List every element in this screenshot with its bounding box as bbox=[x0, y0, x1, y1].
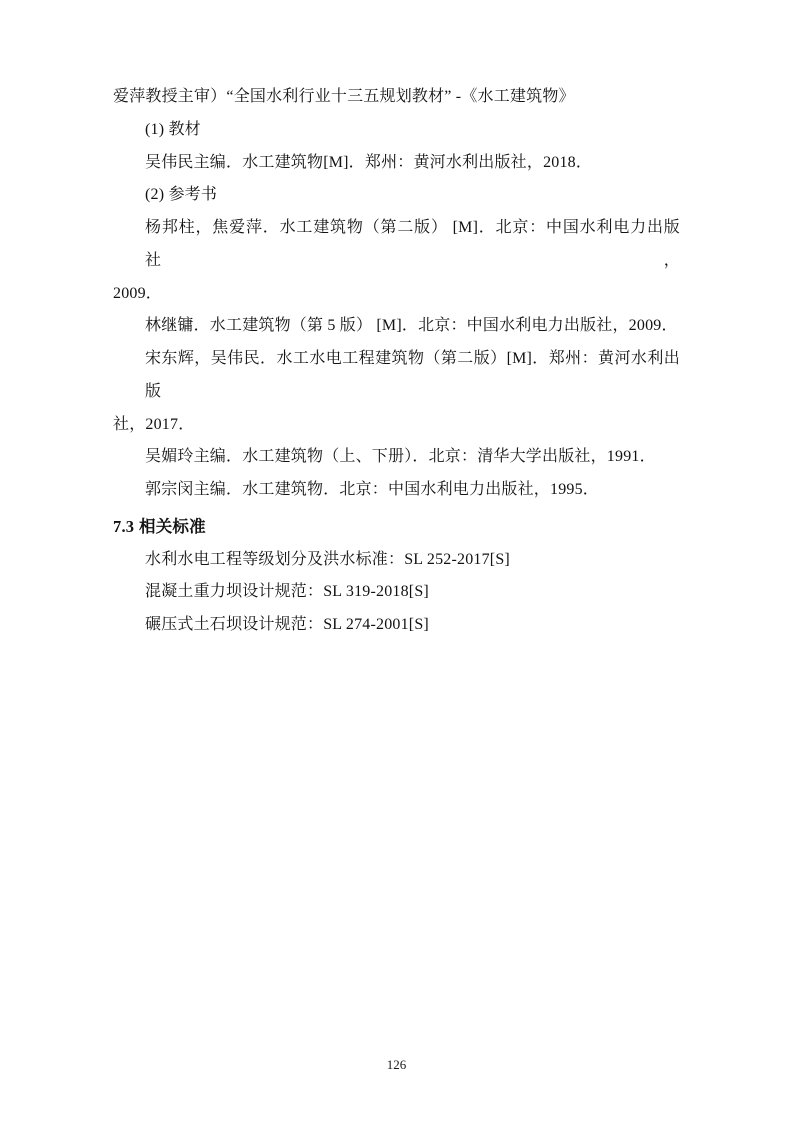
list-label-refbooks: (2) 参考书 bbox=[113, 179, 680, 212]
standard-entry: 水利水电工程等级划分及洪水标准：SL 252-2017[S] bbox=[113, 544, 680, 577]
reference-entry: 林继镛．水工建筑物（第 5 版） [M]．北京：中国水利电力出版社，2009． bbox=[113, 310, 680, 343]
reference-entry: 宋东辉，吴伟民．水工水电工程建筑物（第二版）[M]．郑州：黄河水利出版 bbox=[113, 343, 680, 409]
reference-entry: 杨邦柱，焦爱萍．水工建筑物（第二版） [M]．北京：中国水利电力出版社， bbox=[113, 212, 680, 278]
page-number: 126 bbox=[0, 1055, 793, 1075]
list-label-textbook: (1) 教材 bbox=[113, 114, 680, 147]
section-heading-title: 相关标准 bbox=[134, 518, 206, 536]
reference-entry: 吴媚玲主编．水工建筑物（上、下册）．北京：清华大学出版社，1991． bbox=[113, 441, 680, 474]
reference-entry: 吴伟民主编．水工建筑物[M]．郑州：黄河水利出版社，2018． bbox=[113, 147, 680, 180]
section-heading-number: 7.3 bbox=[113, 517, 134, 536]
standard-entry: 碾压式土石坝设计规范：SL 274-2001[S] bbox=[113, 609, 680, 642]
reference-entry-continuation: 2009． bbox=[113, 278, 680, 311]
document-page: 爱萍教授主审）“全国水利行业十三五规划教材” -《水工建筑物》 (1) 教材 吴… bbox=[0, 0, 793, 1122]
text-line-continuation: 爱萍教授主审）“全国水利行业十三五规划教材” -《水工建筑物》 bbox=[113, 81, 680, 114]
page-content: 爱萍教授主审）“全国水利行业十三五规划教材” -《水工建筑物》 (1) 教材 吴… bbox=[113, 81, 680, 642]
reference-entry-continuation: 社，2017． bbox=[113, 409, 680, 442]
standard-entry: 混凝土重力坝设计规范：SL 319-2018[S] bbox=[113, 576, 680, 609]
reference-entry: 郭宗闵主编．水工建筑物．北京：中国水利电力出版社，1995． bbox=[113, 474, 680, 507]
section-heading: 7.3 相关标准 bbox=[113, 511, 680, 544]
